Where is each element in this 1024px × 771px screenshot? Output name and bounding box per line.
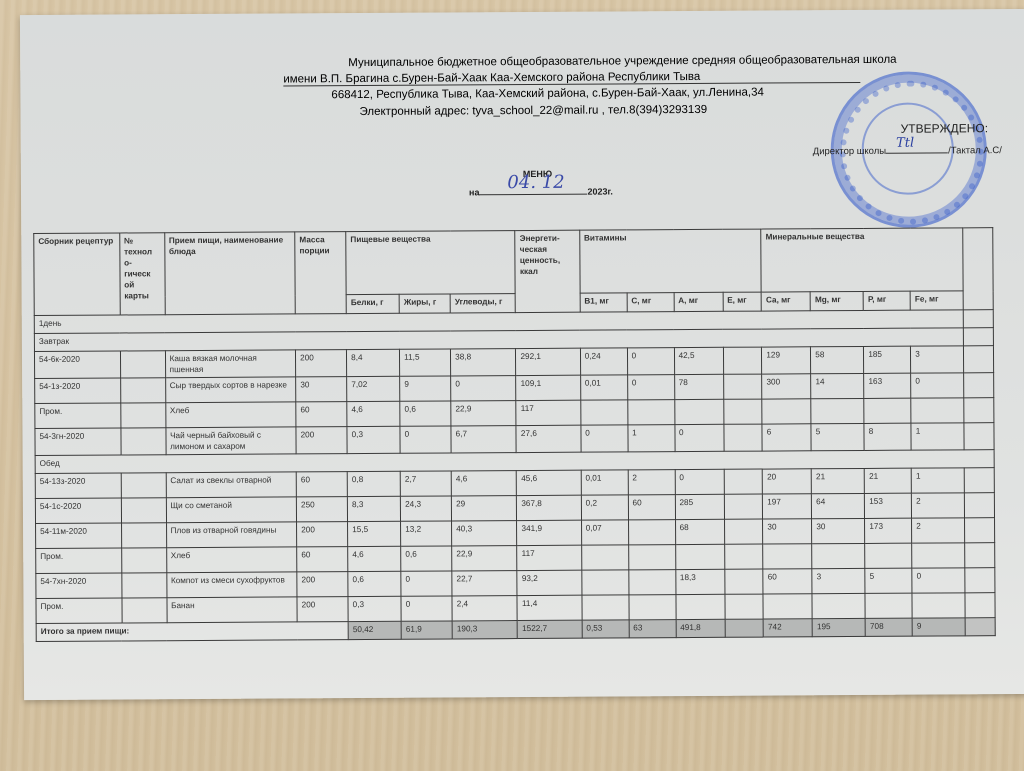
cell-p <box>865 593 912 618</box>
cell-fat: 0 <box>401 596 452 621</box>
signature-blank: Тtl <box>886 143 948 153</box>
cell-mg: 58 <box>811 346 864 373</box>
cell-code: 54-6к-2020 <box>34 351 120 379</box>
cell-p: 21 <box>864 468 911 493</box>
cell-dish: Каша вязкая молочная пшенная <box>165 350 296 378</box>
cell-a: 18,3 <box>675 569 724 594</box>
cell-fat: 9 <box>400 376 451 401</box>
cell-p <box>864 398 911 423</box>
cell-dish: Компот из смеси сухофруктов <box>166 572 297 598</box>
cell-code: 54-13з-2020 <box>35 473 121 499</box>
total-proteins: 50,42 <box>348 621 401 639</box>
cell-ca: 60 <box>763 569 812 594</box>
cell-kcal: 341,9 <box>517 520 581 545</box>
cell-a: 0 <box>674 424 723 451</box>
cell-dish: Хлеб <box>165 402 296 428</box>
menu-date: на04. 122023г. <box>469 183 613 197</box>
cell-card <box>121 473 166 498</box>
cell-carb: 22,7 <box>452 571 517 596</box>
cell-mass: 200 <box>296 350 347 377</box>
cell-fe: 2 <box>912 518 965 543</box>
cell-e <box>723 424 762 451</box>
cell-mg: 64 <box>812 493 865 518</box>
school-contacts: Электронный адрес: tyva_school_22@mail.r… <box>359 104 707 118</box>
extra-cell <box>964 346 994 373</box>
cell-c <box>628 545 675 570</box>
cell-card <box>120 403 165 428</box>
col-vitamins: Витамины <box>579 229 761 293</box>
col-c: С, мг <box>627 293 674 312</box>
cell-p <box>865 543 912 568</box>
cell-kcal: 117 <box>516 400 580 425</box>
extra-cell <box>964 468 994 493</box>
cell-c <box>629 595 676 620</box>
cell-code: 54-3гн-2020 <box>35 428 121 456</box>
col-a: А, мг <box>674 292 723 311</box>
cell-ca: 197 <box>763 494 812 519</box>
cell-dish: Банан <box>167 597 298 623</box>
cell-mass: 200 <box>297 572 348 597</box>
cell-e <box>724 594 763 619</box>
col-nutrients: Пищевые вещества <box>346 231 516 295</box>
cell-fat: 0 <box>400 426 451 453</box>
cell-mass: 200 <box>297 522 348 547</box>
cell-kcal: 93,2 <box>517 570 581 595</box>
cell-fe <box>911 398 964 423</box>
cell-dish: Чай черный байховый с лимоном и сахаром <box>166 427 297 455</box>
cell-b1: 0,2 <box>581 495 628 520</box>
cell-card <box>120 378 165 403</box>
cell-ca <box>763 544 812 569</box>
extra-cell <box>965 493 995 518</box>
cell-p: 153 <box>865 493 912 518</box>
cell-carb: 0 <box>451 376 516 401</box>
date-prefix: на <box>469 187 480 197</box>
total-c: 63 <box>629 620 676 638</box>
cell-fat: 24,3 <box>401 496 452 521</box>
cell-prot: 15,5 <box>348 521 401 546</box>
col-e: Е, мг <box>723 292 762 311</box>
cell-c: 1 <box>628 425 675 452</box>
cell-p: 8 <box>864 423 911 450</box>
cell-e <box>723 374 762 399</box>
cell-fat: 0,6 <box>401 546 452 571</box>
cell-fe: 1 <box>911 423 964 450</box>
menu-document: Муниципальное бюджетное общеобразователь… <box>20 9 1024 700</box>
cell-card <box>121 428 166 455</box>
cell-c <box>627 400 674 425</box>
col-mass: Масса порции <box>295 232 346 314</box>
cell-fe: 2 <box>912 493 965 518</box>
col-mg: Mg, мг <box>810 291 863 310</box>
cell-code: Пром. <box>36 548 122 574</box>
cell-kcal: 27,6 <box>516 425 580 452</box>
cell-carb: 40,3 <box>452 521 517 546</box>
cell-b1: 0,01 <box>580 375 627 400</box>
cell-b1 <box>580 400 627 425</box>
col-b1: В1, мг <box>580 293 627 312</box>
cell-mg: 30 <box>812 518 865 543</box>
cell-p: 173 <box>865 518 912 543</box>
cell-fat: 0,6 <box>400 401 451 426</box>
date-blank: 04. 12 <box>479 184 587 196</box>
menu-table: Сборник рецептур № технол о- гическ ой к… <box>33 227 995 642</box>
col-extra <box>963 228 993 310</box>
date-handwritten: 04. 12 <box>507 172 564 193</box>
cell-e <box>724 519 763 544</box>
total-e <box>725 619 764 637</box>
cell-b1 <box>581 545 628 570</box>
cell-a: 42,5 <box>674 347 723 374</box>
col-energy: Энергети- ческая ценность, ккал <box>515 230 580 312</box>
extra-cell <box>965 543 995 568</box>
extra-cell <box>965 618 995 636</box>
cell-card <box>122 598 167 623</box>
cell-code: 54-11м-2020 <box>36 523 122 549</box>
cell-code: 54-1з-2020 <box>35 378 121 404</box>
cell-fe: 3 <box>911 346 964 373</box>
cell-dish: Салат из свеклы отварной <box>166 472 297 498</box>
cell-b1: 0 <box>581 425 628 452</box>
cell-mg: 21 <box>811 468 864 493</box>
col-carbs: Углеводы, г <box>450 294 515 313</box>
cell-e <box>723 347 762 374</box>
cell-a <box>675 544 724 569</box>
cell-carb: 2,4 <box>452 596 517 621</box>
cell-carb: 38,8 <box>451 349 516 376</box>
cell-dish: Сыр твердых сортов в нарезке <box>165 377 296 403</box>
total-kcal: 1522,7 <box>518 620 582 638</box>
cell-p: 163 <box>864 373 911 398</box>
cell-e <box>724 569 763 594</box>
cell-mg: 3 <box>812 568 865 593</box>
cell-carb: 29 <box>452 496 517 521</box>
cell-card <box>120 351 165 378</box>
cell-c <box>628 520 675 545</box>
cell-code: Пром. <box>36 598 122 624</box>
cell-prot: 8,3 <box>347 496 400 521</box>
cell-code: 54-7хн-2020 <box>36 573 122 599</box>
cell-b1: 0,07 <box>581 520 628 545</box>
cell-mass: 60 <box>296 402 347 427</box>
director-line: Директор школыТtl/Тактал А.С/ <box>813 143 1002 157</box>
cell-prot: 0,3 <box>347 426 400 453</box>
cell-a: 0 <box>675 469 724 494</box>
col-dish: Прием пищи, наименование блюда <box>164 232 295 315</box>
total-fats: 61,9 <box>401 621 452 639</box>
cell-mg: 5 <box>811 423 864 450</box>
cell-c: 0 <box>627 375 674 400</box>
cell-carb: 22,9 <box>452 546 517 571</box>
cell-c <box>628 570 675 595</box>
cell-dish: Щи со сметаной <box>166 497 297 523</box>
col-fats: Жиры, г <box>399 294 450 313</box>
cell-fat: 13,2 <box>401 521 452 546</box>
total-a: 491,8 <box>676 619 725 637</box>
cell-a <box>674 399 723 424</box>
cell-kcal: 292,1 <box>516 348 580 375</box>
cell-kcal: 109,1 <box>516 375 580 400</box>
cell-kcal: 117 <box>517 545 581 570</box>
cell-dish: Хлеб <box>166 547 297 573</box>
cell-carb: 4,6 <box>451 471 516 496</box>
cell-c: 0 <box>627 348 674 375</box>
col-collection: Сборник рецептур <box>34 233 120 316</box>
date-suffix: 2023г. <box>587 186 612 196</box>
cell-prot: 4,6 <box>348 546 401 571</box>
cell-c: 60 <box>628 495 675 520</box>
cell-b1: 0,01 <box>581 470 628 495</box>
cell-p: 5 <box>865 568 912 593</box>
cell-ca: 30 <box>763 519 812 544</box>
cell-mass: 60 <box>296 472 347 497</box>
col-proteins: Белки, г <box>346 294 399 313</box>
cell-prot: 0,3 <box>348 596 401 621</box>
cell-carb: 22,9 <box>451 401 516 426</box>
cell-prot: 0,6 <box>348 571 401 596</box>
cell-kcal: 45,6 <box>517 470 581 495</box>
cell-card <box>121 523 166 548</box>
total-label: Итого за прием пищи: <box>36 622 348 642</box>
cell-e <box>723 399 762 424</box>
cell-code: Пром. <box>35 403 121 429</box>
col-tech-card: № технол о- гическ ой карты <box>119 233 164 315</box>
cell-code: 54-1с-2020 <box>35 498 121 524</box>
cell-prot: 8,4 <box>347 349 400 376</box>
extra-cell <box>965 593 995 618</box>
cell-e <box>724 469 763 494</box>
cell-fe: 0 <box>911 373 964 398</box>
cell-a: 78 <box>674 374 723 399</box>
col-ca: Са, мг <box>761 292 810 311</box>
cell-dish: Плов из отварной говядины <box>166 522 297 548</box>
school-address: 668412, Республика Тыва, Каа-Хемский рай… <box>331 87 764 102</box>
cell-fat: 2,7 <box>400 471 451 496</box>
cell-p: 185 <box>864 346 911 373</box>
cell-mg: 14 <box>811 373 864 398</box>
director-signature: Тtl <box>896 136 914 151</box>
cell-kcal: 367,8 <box>517 495 581 520</box>
cell-fe <box>912 593 965 618</box>
cell-e <box>724 494 763 519</box>
cell-ca: 129 <box>762 347 811 374</box>
col-minerals: Минеральные вещества <box>761 228 963 292</box>
cell-b1: 0,24 <box>580 348 627 375</box>
total-p: 708 <box>865 618 912 636</box>
cell-b1 <box>582 570 629 595</box>
cell-kcal: 11,4 <box>517 595 581 620</box>
school-name-line1: Муниципальное бюджетное общеобразователь… <box>348 54 896 69</box>
extra-cell <box>964 398 994 423</box>
cell-card <box>122 573 167 598</box>
extra-cell <box>965 518 995 543</box>
cell-carb: 6,7 <box>451 426 516 453</box>
cell-e <box>724 544 763 569</box>
cell-b1 <box>582 595 629 620</box>
total-carbs: 190,3 <box>452 621 517 639</box>
cell-c: 2 <box>628 470 675 495</box>
extra-cell <box>964 328 994 346</box>
director-label: Директор школы <box>813 146 886 157</box>
cell-fe <box>912 543 965 568</box>
cell-a: 285 <box>675 494 724 519</box>
cell-ca: 20 <box>763 469 812 494</box>
total-mg: 195 <box>812 618 865 636</box>
cell-fat: 11,5 <box>400 349 451 376</box>
school-name-line2: имени В.П. Брагина с.Бурен-Бай-Хаак Каа-… <box>283 70 860 87</box>
extra-cell <box>965 568 995 593</box>
cell-ca: 6 <box>762 424 811 451</box>
cell-a: 68 <box>675 519 724 544</box>
cell-card <box>121 548 166 573</box>
cell-a <box>676 594 725 619</box>
extra-cell <box>964 423 994 450</box>
cell-ca <box>762 399 811 424</box>
cell-mg <box>812 593 865 618</box>
cell-fe: 1 <box>911 468 964 493</box>
cell-mg <box>812 543 865 568</box>
total-ca: 742 <box>763 619 812 637</box>
total-fe: 9 <box>912 618 965 636</box>
extra-cell <box>964 310 994 328</box>
cell-prot: 7,02 <box>347 376 400 401</box>
cell-mass: 200 <box>297 597 348 622</box>
cell-prot: 0,8 <box>347 471 400 496</box>
cell-mass: 60 <box>297 547 348 572</box>
col-fe: Fe, мг <box>910 291 963 310</box>
director-name: /Тактал А.С/ <box>948 145 1002 156</box>
cell-mass: 250 <box>296 497 347 522</box>
cell-ca: 300 <box>762 374 811 399</box>
cell-mass: 200 <box>296 427 347 454</box>
col-p: Р, мг <box>863 291 910 310</box>
cell-fe: 0 <box>912 568 965 593</box>
cell-mass: 30 <box>296 377 347 402</box>
cell-fat: 0 <box>401 571 452 596</box>
total-b1: 0,53 <box>582 620 629 638</box>
cell-mg <box>811 398 864 423</box>
approval-title: УТВЕРЖДЕНО: <box>901 121 988 136</box>
cell-prot: 4,6 <box>347 401 400 426</box>
cell-ca <box>763 594 812 619</box>
cell-card <box>121 498 166 523</box>
extra-cell <box>964 373 994 398</box>
